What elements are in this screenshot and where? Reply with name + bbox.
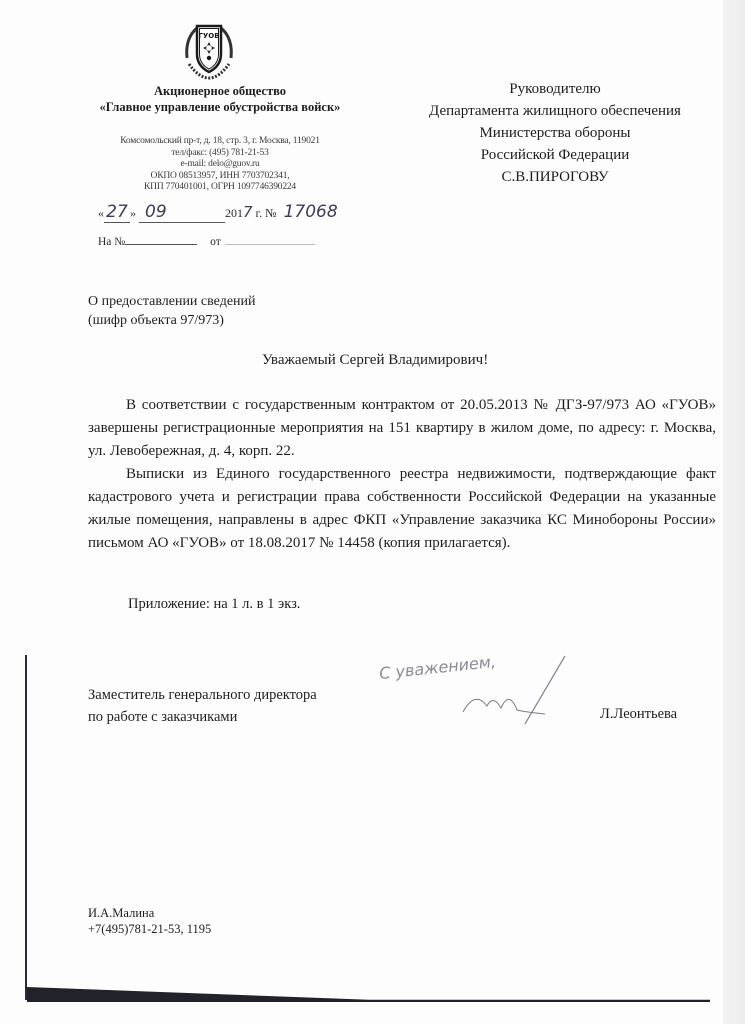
registration-line: «27» 092017 г. № 17068 (98, 202, 338, 223)
registration-number-label: г. № (253, 206, 277, 220)
contact-kpp-ogrn: КПП 770401001, ОГРН 1097746390224 (90, 182, 350, 194)
greeting: Уважаемый Сергей Владимирович! (262, 352, 488, 369)
executor-phone: +7(495)781-21-53, 1195 (88, 921, 211, 937)
attachment-note: Приложение: на 1 л. в 1 экз. (128, 596, 300, 613)
addressee-name: С.В.ПИРОГОВУ (405, 166, 705, 188)
subject-line: О предоставлении сведений (88, 292, 256, 311)
quote-close: » (130, 206, 136, 220)
body-paragraph-1: В соответствии с государственным контрак… (88, 394, 716, 463)
reply-date-blank (225, 244, 315, 245)
registration-number: 17068 (284, 202, 338, 222)
contact-okpo-inn: ОКПО 08513957, ИНН 7703702341, (90, 171, 350, 183)
signer-position-line: по работе с заказчиками (88, 706, 317, 728)
signer-position-line: Заместитель генерального директора (88, 684, 317, 706)
reply-number-blank (125, 244, 197, 245)
scan-bottom-edge (27, 987, 710, 1002)
org-name-line1: Акционерное общество (90, 83, 350, 100)
signer-name: Л.Леонтьева (600, 706, 677, 723)
addressee-block: Руководителю Департамента жилищного обес… (405, 78, 705, 188)
registration-day: 27 (104, 202, 130, 223)
scan-left-edge (25, 655, 27, 1000)
handwritten-signature: С уважением, (375, 650, 575, 730)
reply-reference-line: На № от (98, 236, 315, 248)
contact-phone: тел/факс: (495) 781-21-53 (90, 148, 350, 160)
contact-email: e-mail: delo@guov.ru (90, 159, 350, 171)
addressee-line: Российской Федерации (405, 144, 705, 166)
body-paragraph-2: Выписки из Единого государственного реес… (88, 463, 716, 555)
contact-address: Комсомольский пр-т, д. 18, стр. 3, г. Мо… (90, 136, 350, 148)
addressee-line: Руководителю (405, 78, 705, 100)
svg-text:ГУОВ: ГУОВ (198, 32, 219, 40)
registration-year-last: 7 (243, 203, 253, 221)
addressee-line: Департамента жилищного обеспечения (405, 100, 705, 122)
paragraph-text: Выписки из Единого государственного реес… (88, 463, 716, 555)
executor-block: И.А.Малина +7(495)781-21-53, 1195 (88, 905, 211, 937)
org-contacts: Комсомольский пр-т, д. 18, стр. 3, г. Мо… (90, 136, 350, 194)
org-name-line2: «Главное управление обустройства войск» (90, 99, 350, 116)
subject-line: (шифр объекта 97/973) (88, 311, 256, 330)
executor-name: И.А.Малина (88, 905, 211, 921)
reply-date-label: от (210, 236, 221, 248)
reply-number-label: На № (98, 236, 125, 248)
addressee-line: Министерства обороны (405, 122, 705, 144)
registration-month: 09 (139, 202, 225, 223)
subject-block: О предоставлении сведений (шифр объекта … (88, 292, 256, 330)
signer-position: Заместитель генерального директора по ра… (88, 684, 317, 728)
paragraph-text: В соответствии с государственным контрак… (88, 394, 716, 463)
scan-shadow-band (723, 0, 745, 1024)
company-logo-icon: ГУОВ (177, 18, 241, 82)
registration-year-prefix: 201 (225, 206, 243, 220)
